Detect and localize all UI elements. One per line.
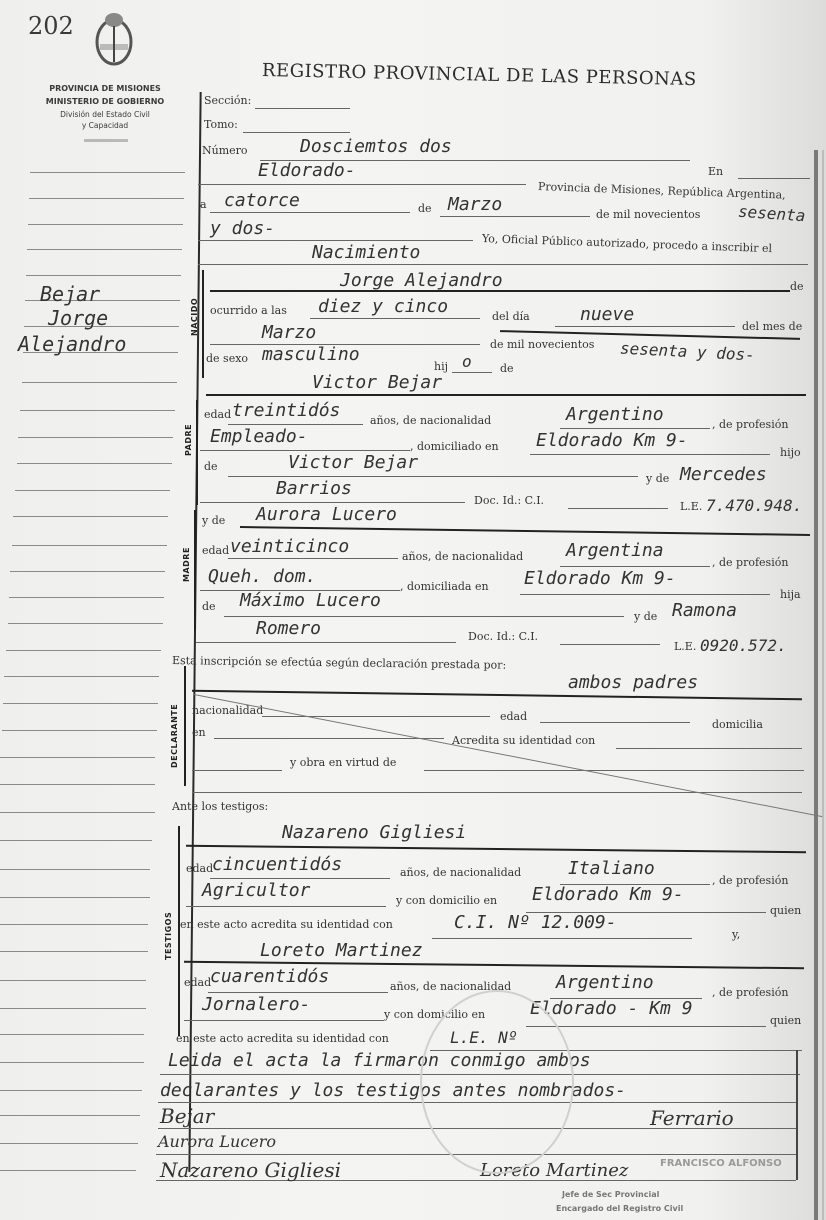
field-line	[198, 240, 473, 241]
field-line	[432, 938, 692, 939]
label-domiciliada: , domiciliada en	[400, 580, 489, 593]
label-hijo: hijo	[780, 446, 801, 459]
field-line	[526, 1026, 766, 1027]
label-edad: edad	[204, 408, 231, 421]
label-edad3: edad	[500, 710, 527, 723]
field-line	[206, 394, 806, 396]
signature-official: Ferrario	[650, 1106, 734, 1130]
field-line	[310, 318, 480, 319]
label-yo-oficial: Yo, Oficial Público autorizado, procedo …	[482, 232, 772, 255]
label-de-colon: de	[790, 280, 804, 293]
field-declarante-acredita[interactable]	[616, 748, 802, 749]
field-line	[210, 878, 390, 879]
stamp-title: Jefe de Sec Provincial	[562, 1190, 659, 1199]
margin-middlename: Alejandro	[18, 332, 126, 356]
value-testigo1-edad: cincuentidós	[212, 854, 342, 875]
value-padre-padre: Victor Bejar	[288, 452, 418, 473]
section-bar	[178, 826, 180, 1036]
field-declarante-obra[interactable]	[424, 770, 804, 771]
field-line	[228, 476, 638, 477]
page-edge	[814, 150, 818, 1220]
section-bar	[196, 400, 198, 505]
section-declarante: DECLARANTE	[170, 704, 179, 768]
label-profesion3: , de profesión	[712, 874, 788, 887]
value-nacido-dia: nueve	[580, 304, 634, 325]
field-tomo[interactable]	[243, 132, 350, 133]
page-edge-shadow	[822, 150, 824, 1220]
value-anio-b: y dos-	[210, 218, 275, 239]
label-de-mil2: de mil novecientos	[490, 338, 594, 351]
margin-firstname: Jorge	[48, 306, 108, 330]
label-y-de3: y de	[634, 610, 657, 623]
label-le2: L.E.	[674, 640, 696, 653]
section-madre: MADRE	[182, 547, 191, 582]
field-line	[520, 594, 770, 595]
value-madre-profesion: Queh. dom.	[208, 566, 316, 587]
registry-page: 202 REGISTRO PROVINCIAL DE LAS PERSONAS …	[0, 0, 826, 1220]
field-line	[208, 992, 388, 993]
label-anos-nac2: años, de nacionalidad	[402, 550, 523, 563]
value-numero: Dosciemtos dos	[300, 136, 452, 157]
header-province: PROVINCIA DE MISIONES	[20, 84, 190, 93]
stamp-office: Encargado del Registro Civil	[556, 1204, 683, 1213]
label-domiciliado: , domiciliado en	[410, 440, 499, 453]
field-line	[186, 906, 386, 907]
label-tomo: Tomo:	[204, 118, 238, 131]
field-line	[228, 424, 363, 425]
label-hija: hija	[780, 588, 801, 601]
value-tipo: Nacimiento	[312, 242, 420, 263]
form-border	[796, 1050, 798, 1180]
label-en2: en	[192, 726, 206, 739]
value-nacido-mes: Marzo	[262, 322, 316, 343]
stamp-name: FRANCISCO ALFONSO	[660, 1158, 782, 1169]
field-madre-ci[interactable]	[560, 644, 660, 645]
signature-bejar: Bejar	[160, 1104, 214, 1128]
field-line	[440, 216, 590, 217]
field-line	[186, 845, 806, 853]
value-testigo1-identidad: C.I. Nº 12.009-	[454, 912, 617, 933]
label-le: L.E.	[680, 500, 702, 513]
field-line	[530, 454, 770, 455]
signature-aurora-lucero: Aurora Lucero	[158, 1132, 276, 1151]
field-line	[200, 502, 465, 503]
field-line	[192, 690, 802, 701]
label-profesion4: , de profesión	[712, 986, 788, 999]
field-line	[210, 290, 790, 292]
label-edad4: edad	[186, 862, 213, 875]
field-declarante-edad[interactable]	[540, 722, 690, 723]
section-padre: PADRE	[184, 424, 193, 456]
column-divider	[188, 92, 201, 1172]
coat-of-arms-icon	[92, 8, 136, 70]
value-declarante: ambos padres	[568, 672, 698, 693]
label-quien: quien	[770, 904, 801, 917]
field-line	[210, 212, 410, 213]
field-line	[184, 1020, 384, 1021]
label-en-este-acto: en este acto acredita su identidad con	[180, 918, 393, 931]
value-mes: Marzo	[448, 194, 502, 215]
field-line	[560, 428, 710, 429]
value-padre-domicilio: Eldorado Km 9-	[536, 430, 688, 451]
label-de2: de	[500, 362, 514, 375]
field-line	[738, 178, 810, 179]
value-hij: o	[462, 352, 472, 371]
field-line	[240, 526, 810, 536]
value-testigo1-domicilio: Eldorado Km 9-	[532, 884, 684, 905]
label-quien2: quien	[770, 1014, 801, 1027]
field-line	[192, 770, 282, 771]
value-nacido-anio: sesenta y dos-	[620, 338, 756, 364]
label-con-domicilio: y con domicilio en	[396, 894, 497, 907]
label-anos-nac: años, de nacionalidad	[370, 414, 491, 427]
label-sexo: de sexo	[206, 352, 248, 365]
field-line	[198, 184, 526, 185]
margin-surname: Bejar	[40, 282, 100, 306]
value-hora: diez y cinco	[318, 296, 448, 317]
label-domicilia: domicilia	[712, 718, 763, 731]
label-en: En	[708, 165, 723, 178]
label-doc-id2: Doc. Id.: C.I.	[468, 630, 538, 643]
label-edad2: edad	[202, 544, 229, 557]
section-bar	[202, 270, 204, 378]
field-padre-ci[interactable]	[568, 508, 668, 509]
header-division: División del Estado Civil	[20, 110, 190, 119]
value-padre-le: 7.470.948.	[706, 496, 802, 515]
value-madre-madre-a: Ramona	[672, 600, 737, 621]
value-padre-nacionalidad: Argentino	[566, 404, 664, 425]
value-padre-edad: treintidós	[232, 400, 340, 421]
header-underline	[84, 139, 128, 142]
label-ante-testigos: Ante los testigos:	[172, 800, 268, 813]
label-y-de2: y de	[202, 514, 225, 527]
field-declarante-domicilio[interactable]	[214, 738, 444, 739]
field-declarante-nacionalidad[interactable]	[262, 716, 490, 717]
value-padre-madre-b: Barrios	[276, 478, 352, 499]
value-testigo2-nombre: Loreto Martinez	[260, 940, 423, 961]
value-madre-le: 0920.572.	[700, 636, 787, 655]
label-de4: de	[202, 600, 216, 613]
label-profesion2: , de profesión	[712, 556, 788, 569]
header-ministry: MINISTERIO DE GOBIERNO	[20, 97, 190, 106]
label-de3: de	[204, 460, 218, 473]
label-doc-id: Doc. Id.: C.I.	[474, 494, 544, 507]
document-title: REGISTRO PROVINCIAL DE LAS PERSONAS	[262, 60, 697, 90]
label-obra: y obra en virtud de	[290, 756, 396, 769]
label-seccion: Sección:	[204, 94, 251, 107]
value-madre-domicilio: Eldorado Km 9-	[524, 568, 676, 589]
seal-stamp	[420, 990, 574, 1174]
value-madre-madre-b: Romero	[256, 618, 321, 639]
value-testigo1-nacionalidad: Italiano	[568, 858, 655, 879]
label-del-mes: del mes de	[742, 320, 802, 333]
field-line	[555, 326, 735, 327]
field-seccion[interactable]	[255, 108, 350, 109]
value-testigo2-domicilio: Eldorado - Km 9	[530, 998, 693, 1019]
value-dia: catorce	[224, 190, 300, 211]
label-numero: Número	[202, 144, 248, 157]
label-acredita: Acredita su identidad con	[452, 734, 595, 747]
field-line	[192, 792, 802, 793]
section-nacido: NACIDO	[190, 298, 199, 336]
field-line	[560, 566, 710, 567]
value-madre-nombre: Aurora Lucero	[256, 504, 397, 525]
value-testigo2-edad: cuarentidós	[210, 966, 329, 987]
label-provincia: Provincia de Misiones, República Argenti…	[538, 180, 786, 202]
field-line	[452, 372, 492, 373]
value-testigo2-profesion: Jornalero-	[202, 994, 310, 1015]
value-anio-a: sesenta	[737, 202, 806, 226]
label-anos-nac3: años, de nacionalidad	[400, 866, 521, 879]
value-madre-edad: veinticinco	[230, 536, 349, 557]
field-line	[224, 616, 624, 617]
field-line	[228, 558, 398, 559]
field-line	[200, 450, 410, 451]
label-edad5: edad	[184, 976, 211, 989]
label-y-comma: y,	[732, 928, 740, 941]
label-y-de: y de	[646, 472, 669, 485]
value-testigo1-profesion: Agricultor	[202, 880, 310, 901]
label-del-dia: del día	[492, 310, 530, 323]
label-a: a	[200, 198, 207, 211]
section-bar	[194, 510, 196, 630]
header-capacity: y Capacidad	[20, 121, 190, 130]
label-de: de	[418, 202, 432, 215]
value-testigo2-nacionalidad: Argentino	[556, 972, 654, 993]
value-madre-nacionalidad: Argentina	[566, 540, 664, 561]
value-nacido-de: Victor Bejar	[312, 372, 442, 393]
value-testigo1-nombre: Nazareno Gigliesi	[282, 822, 466, 843]
label-esta-inscripcion: Esta inscripción se efectúa según declar…	[172, 654, 506, 672]
field-line	[196, 642, 456, 643]
label-ocurrido: ocurrido a las	[210, 304, 287, 317]
label-de-mil: de mil novecientos	[596, 208, 700, 221]
label-en-este-acto2: en este acto acredita su identidad con	[176, 1032, 389, 1045]
section-testigos: TESTIGOS	[164, 912, 173, 960]
value-sexo: masculino	[262, 344, 360, 365]
page-number: 202	[28, 12, 74, 40]
section-bar	[184, 666, 186, 786]
field-line	[198, 264, 808, 265]
label-profesion: , de profesión	[712, 418, 788, 431]
value-padre-madre-a: Mercedes	[680, 464, 767, 485]
signature-nazareno: Nazareno Gigliesi	[160, 1158, 341, 1182]
value-nacido-nombre: Jorge Alejandro	[340, 270, 503, 291]
value-madre-padre: Máximo Lucero	[240, 590, 381, 611]
value-lugar: Eldorado-	[258, 160, 356, 181]
value-padre-profesion: Empleado-	[210, 426, 308, 447]
